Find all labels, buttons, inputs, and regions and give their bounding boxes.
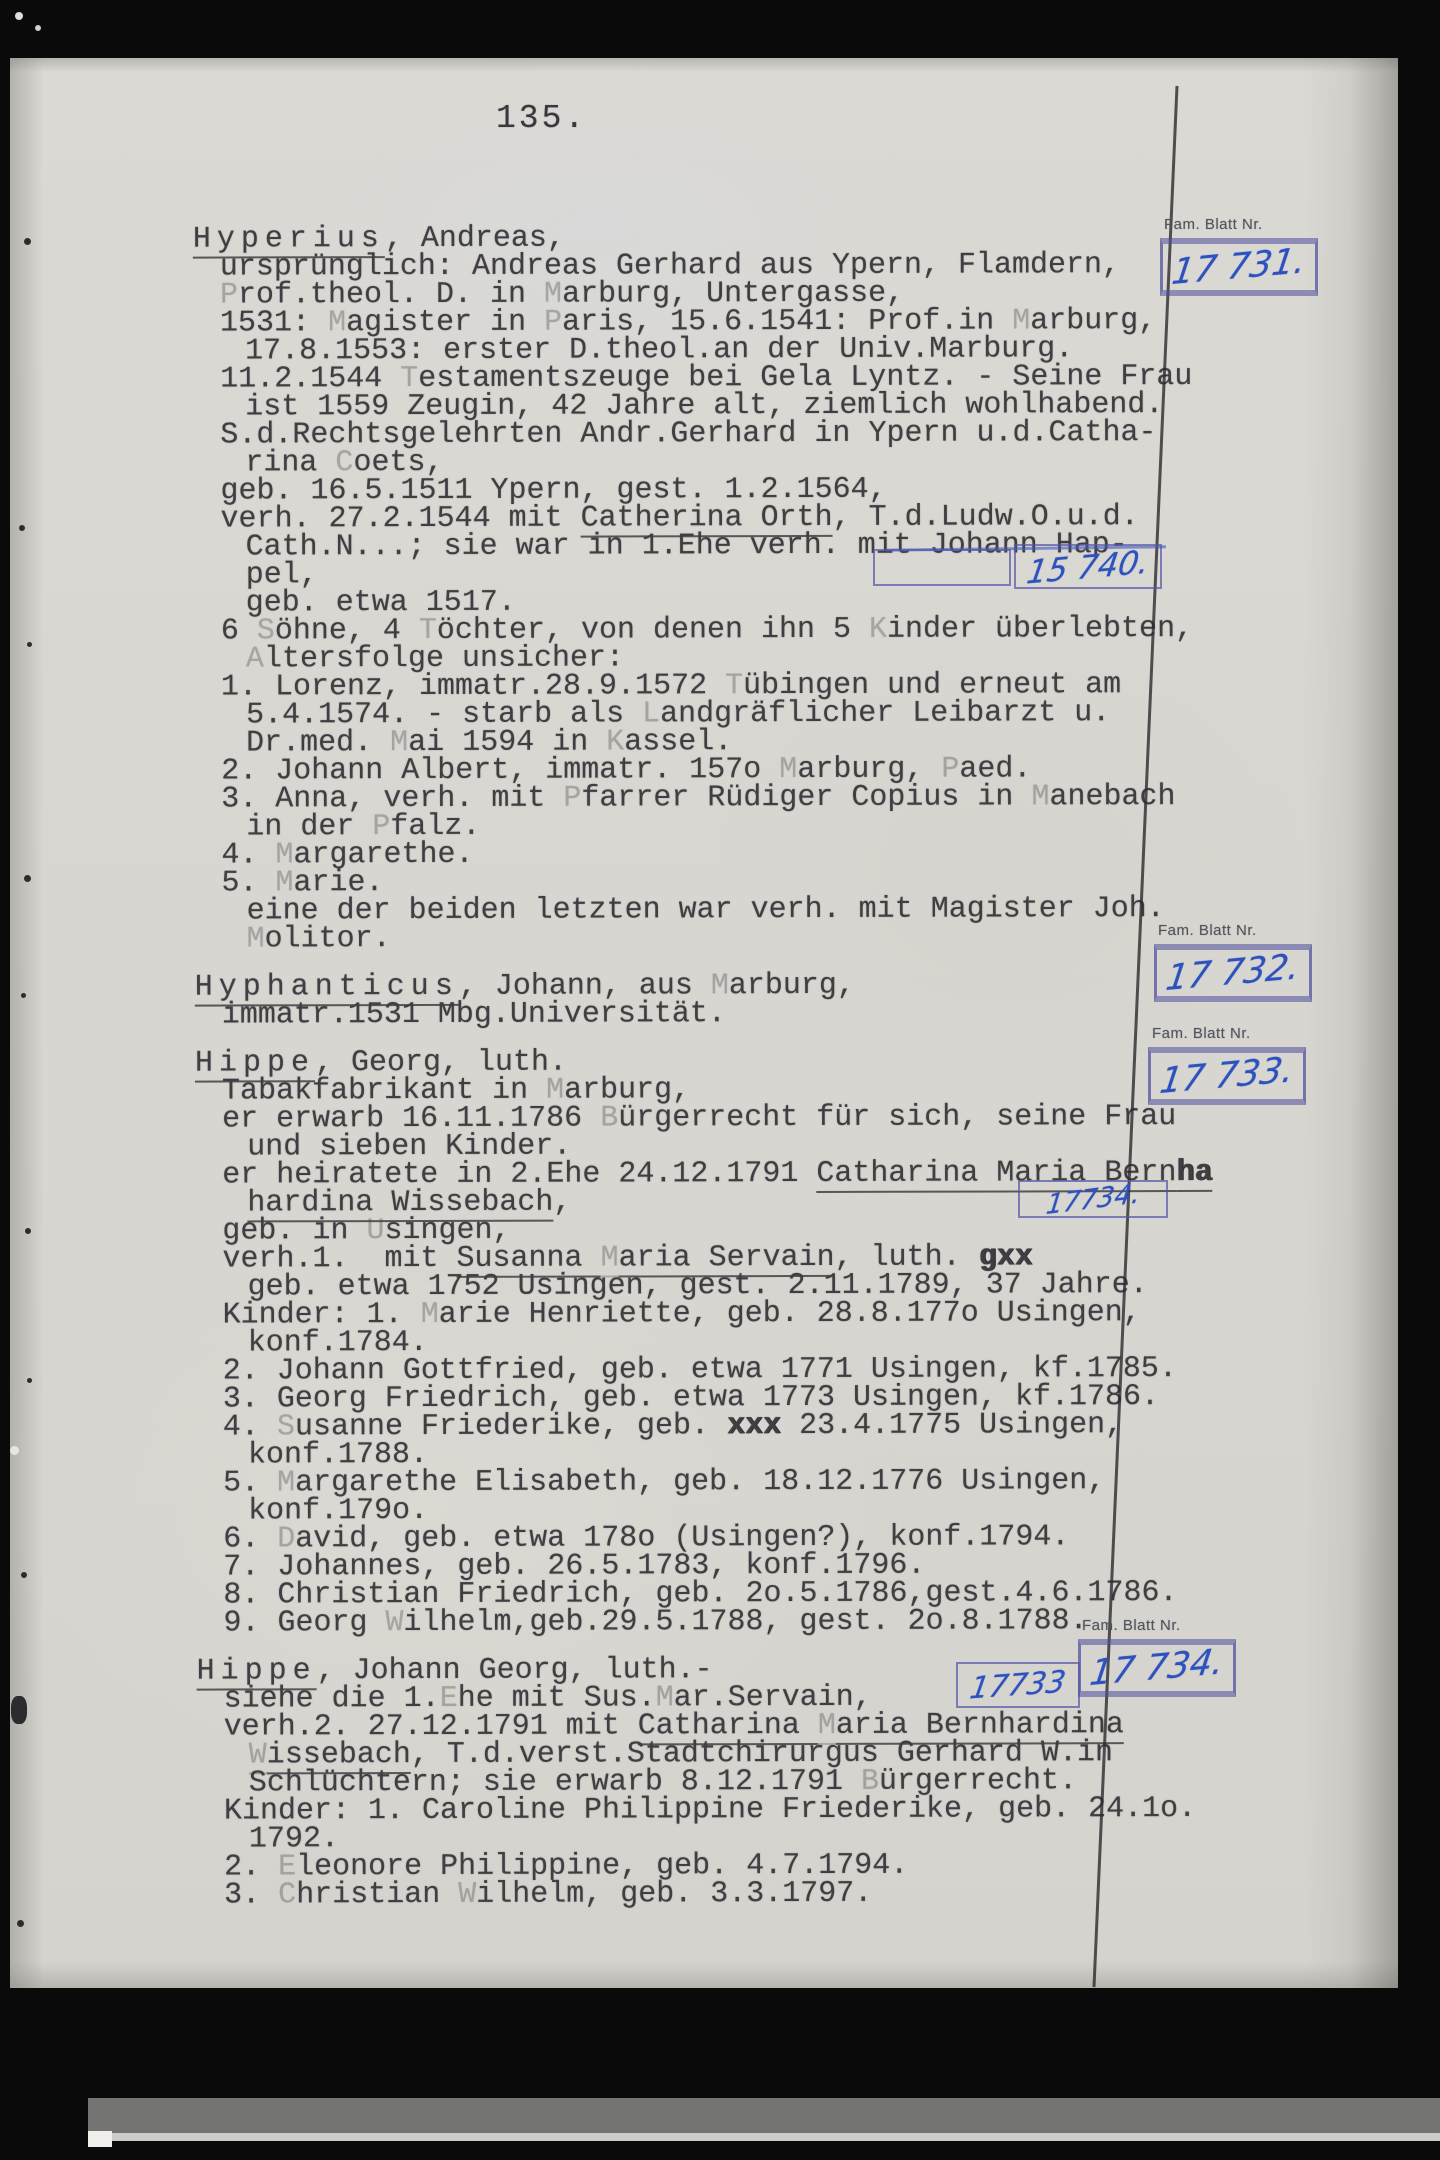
handwritten-number-17731: 17 731. [1170,241,1309,293]
fam-blatt-stamp-box: 17 733. [1148,1047,1306,1105]
scanner-white-strip [88,2133,1440,2141]
text-segment: ürgerrecht für sich, seine Frau [618,1100,1176,1135]
text-segment: W [458,1878,476,1912]
dust-speck [35,25,41,31]
fam-blatt-group-3: Fam. Blatt Nr. 17 733. [1148,1025,1318,1105]
text-segment: C [278,1878,296,1912]
text-line: in der Pfalz. [194,810,1409,841]
fam-blatt-group-1: Fam. Blatt Nr. 17 731. [1160,216,1330,296]
text-segment: ha [1176,1156,1212,1192]
text-segment: M [711,969,729,1003]
punch-hole-speck [27,1378,32,1383]
handwritten-ref-box-17733: 17733 [956,1662,1080,1708]
text-segment: M [546,1074,564,1108]
text-segment: E [440,1682,458,1716]
fam-blatt-stamp-box: 17 734. [1078,1639,1236,1697]
text-segment: P [563,782,581,816]
text-segment: W [385,1606,403,1640]
fam-blatt-stamp-box: 17 731. [1160,238,1318,296]
dust-speck [15,12,23,20]
text-segment: xxx [727,1409,781,1443]
text-segment: Kinder: 1. Caroline Philippine Friederik… [224,1792,1196,1829]
handwritten-number-17733-inline: 17733 [968,1664,1069,1706]
text-segment: P [372,810,390,844]
text-line: er erwarb 16.11.1786 Bürgerrecht für sic… [195,1102,1410,1133]
punch-hole-speck [24,238,31,245]
punch-hole-speck [25,1228,31,1234]
text-segment: ilhelm,geb.29.5.1788, gest. 2o.8.1788. [403,1604,1087,1640]
text-segment: M [601,1241,619,1277]
punch-hole-speck [19,525,25,531]
text-segment: K [606,725,624,759]
text-segment: , [553,1186,571,1220]
text-segment: M [421,1298,439,1332]
text-line: Kinder: 1. Marie Henriette, geb. 28.8.17… [196,1298,1411,1329]
text-segment: M [390,726,408,760]
text-segment: farrer Rüdiger Copius in [581,780,1031,815]
text-line: 5. Margarethe Elisabeth, geb. 18.12.1776… [196,1466,1411,1497]
fam-blatt-label: Fam. Blatt Nr. [1164,216,1330,233]
text-segment: B [600,1101,618,1135]
text-segment: immatr.1531 Mbg.Universität. [222,997,726,1032]
text-segment: C [335,446,353,480]
handwritten-number-15740: 15 740. [1024,542,1152,591]
text-segment: arburg, [729,969,855,1003]
punch-hole-speck [24,875,31,882]
text-segment: M [328,306,346,340]
text-segment: 23.4.1775 Usingen, [781,1408,1123,1443]
fam-blatt-label: Fam. Blatt Nr. [1082,1617,1248,1634]
text-segment: olitor. [265,922,391,956]
text-segment: T [400,362,418,396]
text-segment: M [247,922,265,956]
text-segment: 3. [224,1878,278,1912]
text-segment: S [277,1410,295,1444]
text-segment: M [1031,780,1049,814]
scanner-bright-spot [88,2131,112,2147]
handwritten-number-17734: 17 734. [1088,1642,1227,1694]
text-segment: T [725,669,743,703]
text-line: 3. Christian Wilhelm, geb. 3.3.1797. [197,1878,1412,1909]
text-segment: U [366,1214,384,1248]
fam-blatt-label: Fam. Blatt Nr. [1152,1025,1318,1042]
text-line: S.d.Rechtsgelehrten Andr.Gerhard in Yper… [193,418,1408,449]
text-segment: T [419,614,437,648]
text-segment: anebach [1049,780,1175,814]
text-line: Kinder: 1. Caroline Philippine Friederik… [197,1794,1412,1825]
handwritten-number-17732: 17 732. [1164,947,1303,999]
entry-1: Hyperius, Andreas,ursprünglich: Andreas … [193,222,1410,953]
ink-blot [11,1696,27,1724]
text-line: 5.4.1574. - starb als Landgräflicher Lei… [194,698,1409,729]
handwritten-number-17734-inline: 17734. [1044,1177,1142,1220]
paper-hole [10,1446,19,1455]
text-segment: M [1012,304,1030,338]
punch-hole-speck [21,1572,27,1578]
text-segment: W [249,1738,267,1774]
fam-blatt-group-4: Fam. Blatt Nr. 17 734. [1078,1617,1248,1697]
text-line: Cath.N...; sie war in 1.Ehe verh. mit Jo… [194,530,1409,561]
text-segment: 9. Georg [223,1606,385,1640]
text-segment: K [869,613,887,647]
handwritten-ref-box-17734: 17734. [1018,1180,1168,1218]
text-segment: P [941,753,959,787]
text-line: hardina Wissebach, [195,1186,1410,1217]
text-segment: P [220,278,238,312]
punch-hole-speck [17,1920,24,1927]
text-segment: ilhelm, geb. 3.3.1797. [476,1877,872,1912]
text-line: 3. Anna, verh. mit Pfarrer Rüdiger Copiu… [194,782,1409,813]
fam-blatt-group-2: Fam. Blatt Nr. 17 732. [1154,922,1324,1002]
text-line: 6 Söhne, 4 Töchter, von denen ihn 5 Kind… [194,614,1409,645]
scan-frame: 135. Hyperius, Andreas,ursprünglich: And… [0,0,1440,2160]
text-segment: M [818,1709,836,1745]
text-segment: M [656,1681,674,1715]
text-segment: M [275,866,293,900]
page-number: 135. [496,100,587,137]
text-segment: arie Henriette, geb. 28.8.177o Usingen, [439,1296,1141,1332]
text-segment: L [642,697,660,731]
document-page: 135. Hyperius, Andreas,ursprünglich: And… [10,58,1398,1988]
entry-3: Hippe, Georg, luth.Tabakfabrikant in Mar… [195,1046,1412,1637]
text-segment: P [544,306,562,340]
text-segment: hristian [296,1878,458,1912]
text-line: 4. Susanne Friederike, geb. xxx 23.4.177… [196,1410,1411,1441]
text-line: eine der beiden letzten war verh. mit Ma… [195,894,1410,925]
text-segment: inder überlebten, [887,612,1193,647]
handwritten-ref-box-15740: 15 740. [1014,544,1162,589]
text-segment: D [277,1522,295,1556]
text-segment: A [246,642,264,676]
text-segment: B [861,1765,879,1799]
fam-blatt-stamp-box: 17 732. [1154,944,1312,1002]
scanner-gray-band [88,2098,1440,2134]
fam-blatt-label: Fam. Blatt Nr. [1158,922,1324,939]
text-segment: M [779,753,797,787]
punch-hole-speck [27,642,32,647]
handwritten-ref-empty-box [873,549,1011,586]
text-segment: M [277,1466,295,1500]
punch-hole-speck [21,993,26,998]
handwritten-number-17733: 17 733. [1158,1050,1297,1102]
text-line: er heiratete in 2.Ehe 24.12.1791 Cathari… [195,1158,1410,1189]
